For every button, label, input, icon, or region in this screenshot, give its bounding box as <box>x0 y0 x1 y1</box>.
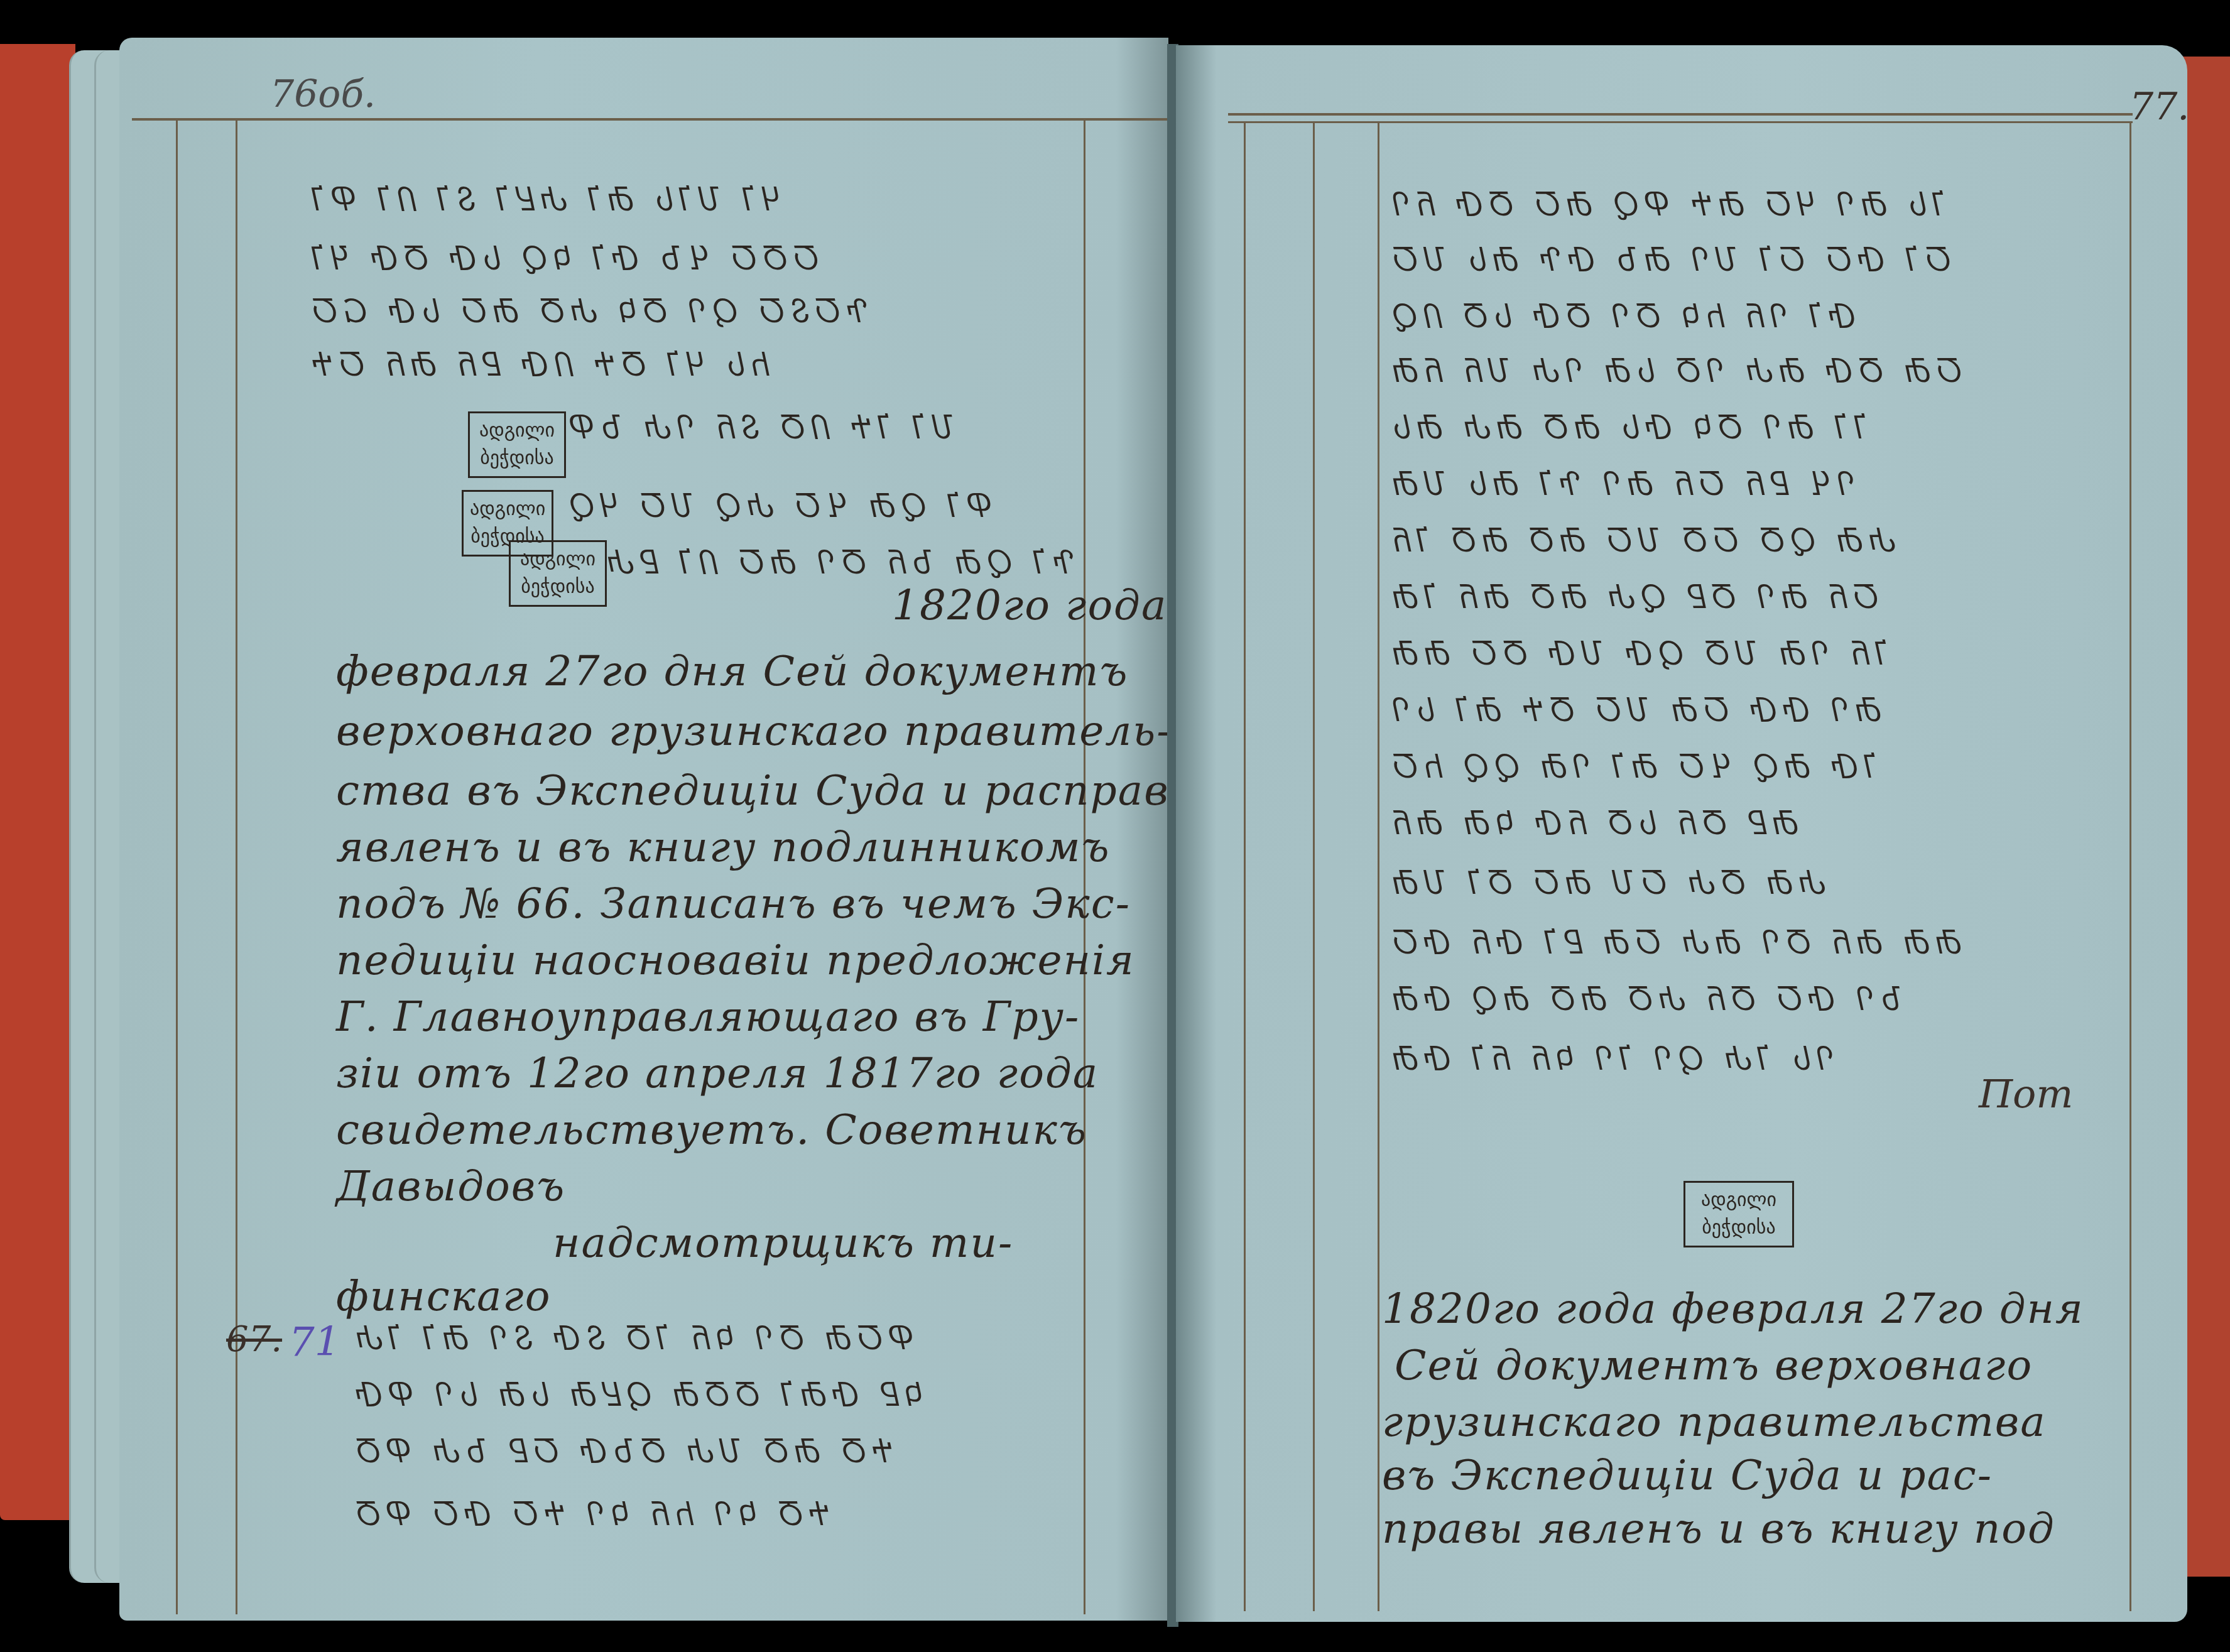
margin-rule <box>1244 122 1246 1611</box>
folio-number: 76об. <box>270 72 376 116</box>
georgian-line: ႮႨ ႨႵ ႶႣ ႽႬ ႤႰ ႦႴ <box>565 411 957 445</box>
russian-line: верховнаго грузинскаго правитель- <box>336 707 1172 755</box>
russian-line: Давыдовъ <box>336 1162 565 1210</box>
georgian-line: ႨႨ ႫႤ ႣႩ ႧႱ ႫႣ ႫႰ ႫႱ <box>1388 411 1869 445</box>
russian-line: Сей документъ верховнаго <box>1395 1341 2033 1389</box>
margin-rule <box>2129 122 2131 1611</box>
old-page-reference: 67. <box>226 1319 282 1360</box>
georgian-line: ႨႬ ႤႫ ႮႣ ႳႧ ႮႧ ႣႠ ႫႫ <box>1388 638 1891 671</box>
header-rule <box>1228 121 2133 123</box>
header-rule <box>132 118 1175 121</box>
georgian-line: ႧႨ ႤႬ ႹႩ ႣႤ ႣႧ ႱႣ ႶႭ <box>1388 300 1857 334</box>
georgian-line: ႰႫ ႭႣ ႠႣ ႮႠ ႫႣ ႫႣ ႨႬ <box>1388 524 1897 558</box>
russian-line: 1820го года <box>892 581 1167 629</box>
margin-rule <box>1313 122 1315 1611</box>
georgian-line: ႠႣႠ ႡႦ ႧႨ ႩႭ ႱႧ ႣႧ ႯႨ <box>308 242 820 276</box>
seal-placeholder-box: ადგილი ბეჭდისა <box>509 540 607 607</box>
georgian-line: ႵႣ ႫႣ ႮႰ ႣႦႧ ႠႲ ႦႰ ႴႣ <box>352 1435 895 1469</box>
russian-line: въ Экспедиціи Суда и рас- <box>1382 1451 1993 1499</box>
georgian-line: ႷႨ ႮႨႱ ႫႨ ႰႾႨ ႽႨ ႶႨ ႴႨ <box>308 183 782 217</box>
folio-number: 77. <box>2129 85 2189 129</box>
russian-line: педиціи наосновавіи предложенія <box>336 936 1135 984</box>
russian-line: подъ № 66. Записанъ въ чемъ Экс- <box>336 879 1131 928</box>
russian-line: 1820го года февраля 27го дня <box>1382 1285 2084 1333</box>
georgian-line: ႫႲ ႣႬ ႱႣ ႬႧ ႩႫ ႫႬ <box>1388 807 1800 841</box>
georgian-line: ႫႤ ႧႧ ႠႫ ႮႠ ႣႵ ႫႨ ႱႤ <box>1388 694 1883 728</box>
margin-rule <box>1378 122 1379 1611</box>
header-rule <box>1228 113 2133 116</box>
georgian-line: ႠႬ ႫႤ ႣႲ ႭႰ ႫႣ ႫႬ ႨႫ <box>1388 581 1880 615</box>
georgian-line: ႹႱ ႷႨ ႣႵ ႶႧ ႲႬ ႫႬ ႠႵ <box>308 349 771 383</box>
russian-line: правы явленъ и въ книгу под <box>1382 1504 2055 1553</box>
georgian-line: ႨႱ ႫႤ ႷႠ ႫႵ ႴႭ ႫႠ ႣႧ ႬႤ <box>1388 188 1948 222</box>
russian-line: грузинскаго правительства <box>1382 1398 2047 1446</box>
russian-line: свидетельствуетъ. Советникъ <box>336 1106 1087 1154</box>
margin-rule <box>176 119 178 1614</box>
georgian-line: ႤႡ ႲႬ ႠႬ ႫႤ ႥႨ ႫႱ ႮႫ <box>1388 468 1857 502</box>
georgian-line: ႴႨ ႭႫ ႡႠ ႰႭ ႮႠ ႷႭ <box>565 490 994 524</box>
georgian-line: ႩႲ ႧႫႨ ႣႣႫ ႳႾႫ ႱႫ ႱႤ ႴႧ <box>352 1379 925 1413</box>
georgian-line: ႨႧ ႫႭ ႡႠ ႫႨ ႤႫ ႭႭ ႹႠ <box>1388 751 1879 785</box>
seal-placeholder-box: ადგილი ბეჭდისა <box>468 411 566 478</box>
russian-line: финскаго <box>336 1272 551 1320</box>
seal-placeholder-box: ადგილი ბეჭდისა <box>1683 1181 1794 1247</box>
new-page-reference: 71 <box>289 1319 340 1366</box>
russian-line: Г. Главноуправляющаго въ Гру- <box>336 992 1080 1041</box>
georgian-line: ႠႫ ႣႧ ႫႰ ႤႣ ႱႫ ႤႰ ႮႬ ႬႫ <box>1388 355 1964 389</box>
russian-line: зіи отъ 12го апреля 1817го года <box>336 1049 1099 1097</box>
russian-line: надсмотрщикъ ти- <box>553 1219 1013 1267</box>
georgian-line: ႥႨ ႭႫ ႦႬ ႣႤ ႫႠ ႶႨ ႲႰ <box>603 546 1077 580</box>
georgian-line: ႥႠႽႠ ႳႤ ႣႩ ႰႣ ႫႠ ႱႧ ႺႠ <box>308 295 871 329</box>
georgian-line: ႴႠႫ ႣႤ ႩႬ ႨႣ ႽႧ ႽႤ ႫႨ ႨႰ <box>352 1322 916 1356</box>
georgian-line: ႦႤ ႧႠ ႣႬ ႰႣ ႫႣ ႫႭ ႧႫ <box>1388 983 1905 1017</box>
book-cover-left <box>0 44 75 1520</box>
margin-rule <box>236 119 237 1614</box>
georgian-line: ႤႱ ႨႰ ႳႤ ႨႤ ႩႬ ႬႨ ႧႫ <box>1388 1043 1837 1077</box>
russian-line: явленъ и въ книгу подлинникомъ <box>336 823 1110 871</box>
georgian-line: ႵႣ ႩႤ ႹႬ ႩႤ ႵႠ ႧႠ ႴႣ <box>352 1498 832 1532</box>
book-cover-right <box>2180 57 2230 1577</box>
russian-line: ства въ Экспедиціи Суда и расправы <box>336 766 1204 815</box>
georgian-line: ႠႨ ႧႠ ႠႨ ႮႤ ႫႦ ႧႥ ႫႱ ႮႠ <box>1388 244 1953 278</box>
georgian-line: ႰႫ ႣႰ ႠႮ ႫႠ ႣႨ ႮႫ <box>1388 867 1827 901</box>
georgian-line: ႫႫ ႫႬ ႣႤ ႫႰ ႠႫ ႲႨ ႧႬ ႧႠ <box>1388 927 1963 960</box>
margin-word: Пот <box>1979 1071 2073 1117</box>
russian-line: февраля 27го дня Сей документъ <box>336 647 1129 695</box>
